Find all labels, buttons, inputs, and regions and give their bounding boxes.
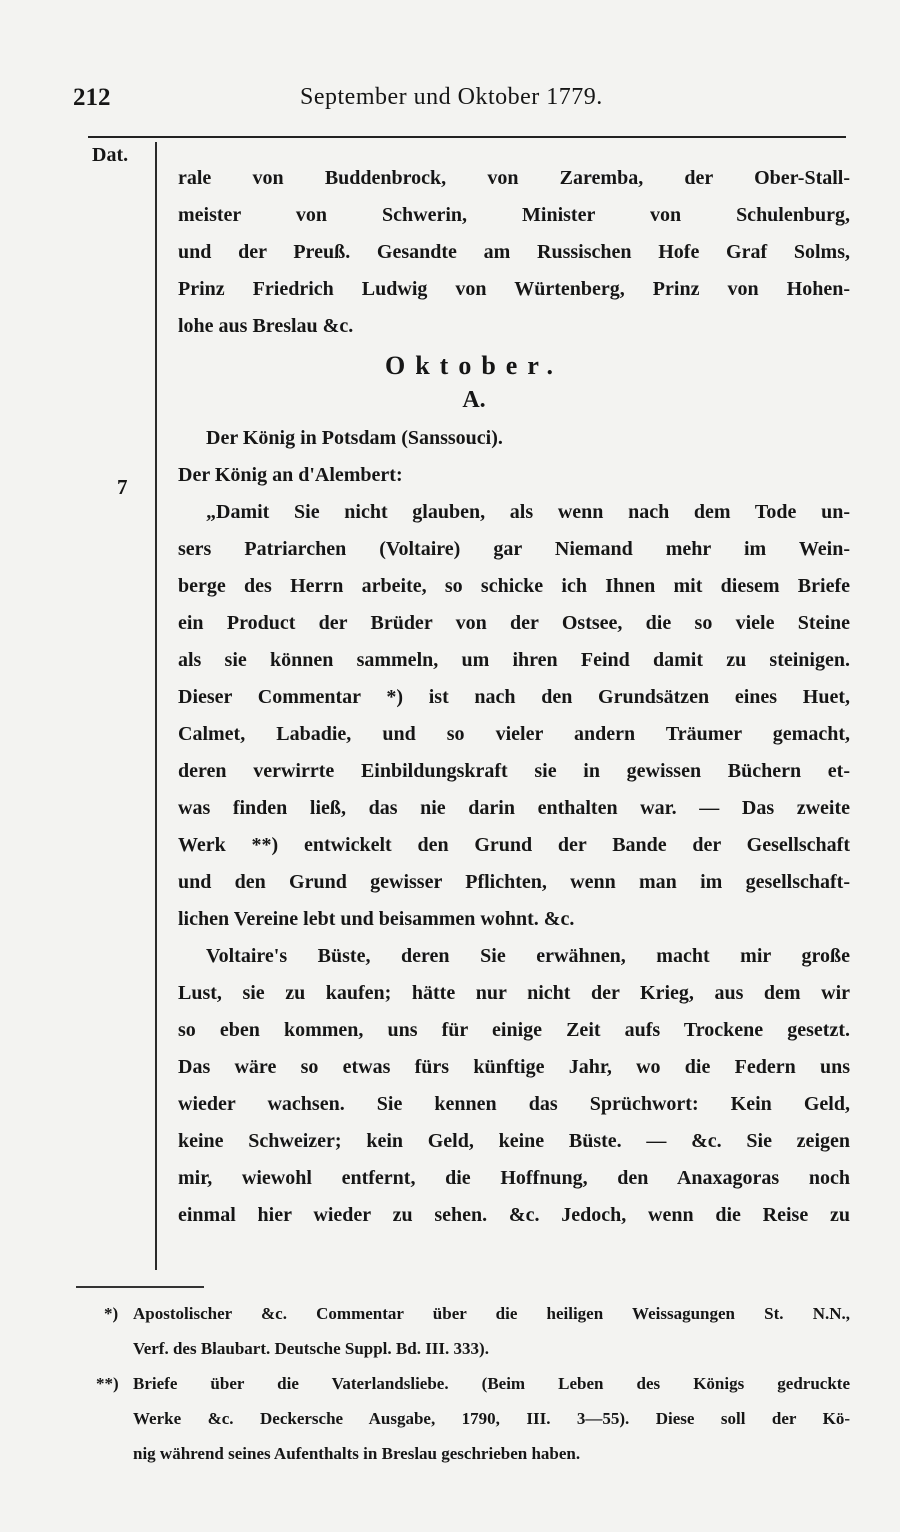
footnote-line: Werke &c. Deckersche Ausgabe, 1790, III.… bbox=[133, 1402, 850, 1436]
footnote-mark: **) bbox=[96, 1367, 119, 1401]
footnote-mark: *) bbox=[104, 1297, 118, 1331]
letter-line: lichen Vereine lebt und beisammen wohnt.… bbox=[178, 901, 850, 937]
running-head: 212 September und Oktober 1779. bbox=[70, 84, 850, 124]
date-column-label: Dat. bbox=[92, 144, 128, 167]
column-divider bbox=[155, 142, 157, 1270]
letter-line: was finden ließ, das nie darin enthalten… bbox=[178, 790, 850, 826]
book-page: 212 September und Oktober 1779. Dat. ral… bbox=[0, 0, 900, 1532]
footnote-line: nig während seines Aufenthalts in Bresla… bbox=[133, 1437, 580, 1471]
footnote-line: Verf. des Blaubart. Deutsche Suppl. Bd. … bbox=[133, 1332, 489, 1366]
letter-line: Dieser Commentar *) ist nach den Grundsä… bbox=[178, 679, 850, 715]
footnote-rule bbox=[76, 1286, 204, 1288]
footnote-line: Apostolischer &c. Commentar über die hei… bbox=[133, 1297, 850, 1331]
footnote-line: Briefe über die Vaterlandsliebe. (Beim L… bbox=[133, 1367, 850, 1401]
letter-line: wieder wachsen. Sie kennen das Sprüchwor… bbox=[178, 1086, 850, 1122]
text-line: meister von Schwerin, Minister von Schul… bbox=[178, 197, 850, 233]
letter-line: berge des Herrn arbeite, so schicke ich … bbox=[178, 568, 850, 604]
text-line: und der Preuß. Gesandte am Russischen Ho… bbox=[178, 234, 850, 270]
entry-title: Der König an d'Alembert: bbox=[178, 457, 850, 493]
letter-line: als sie können sammeln, um ihren Feind d… bbox=[178, 642, 850, 678]
letter-line: Calmet, Labadie, und so vieler andern Tr… bbox=[178, 716, 850, 752]
letter-line: Das wäre so etwas fürs künftige Jahr, wo… bbox=[178, 1049, 850, 1085]
letter-line: Werk **) entwickelt den Grund der Bande … bbox=[178, 827, 850, 863]
letter-line: einmal hier wieder zu sehen. &c. Jedoch,… bbox=[178, 1197, 850, 1233]
page-number: 212 bbox=[73, 84, 111, 112]
letter-line: so eben kommen, uns für einige Zeit aufs… bbox=[178, 1012, 850, 1048]
letter-line: deren verwirrte Einbildungskraft sie in … bbox=[178, 753, 850, 789]
letter-line: keine Schweizer; kein Geld, keine Büste.… bbox=[178, 1123, 850, 1159]
letter-line: Voltaire's Büste, deren Sie erwähnen, ma… bbox=[206, 938, 850, 974]
letter-line: Lust, sie zu kaufen; hätte nur nicht der… bbox=[178, 975, 850, 1011]
entry-date-number: 7 bbox=[117, 475, 128, 500]
text-line: lohe aus Breslau &c. bbox=[178, 308, 850, 344]
location-line: Der König in Potsdam (Sanssouci). bbox=[206, 420, 878, 456]
text-line: rale von Buddenbrock, von Zaremba, der O… bbox=[178, 160, 850, 196]
section-heading: Oktober. bbox=[138, 348, 810, 384]
letter-line: mir, wiewohl entfernt, die Hoffnung, den… bbox=[178, 1160, 850, 1196]
letter-line: ein Product der Brüder von der Ostsee, d… bbox=[178, 605, 850, 641]
letter-line: „Damit Sie nicht glauben, als wenn nach … bbox=[206, 494, 850, 530]
text-line: Prinz Friedrich Ludwig von Würtenberg, P… bbox=[178, 271, 850, 307]
letter-line: und den Grund gewisser Pflichten, wenn m… bbox=[178, 864, 850, 900]
running-head-title: September und Oktober 1779. bbox=[300, 84, 603, 111]
letter-line: sers Patriarchen (Voltaire) gar Niemand … bbox=[178, 531, 850, 567]
header-rule bbox=[88, 136, 846, 138]
subsection-heading: A. bbox=[138, 382, 810, 418]
